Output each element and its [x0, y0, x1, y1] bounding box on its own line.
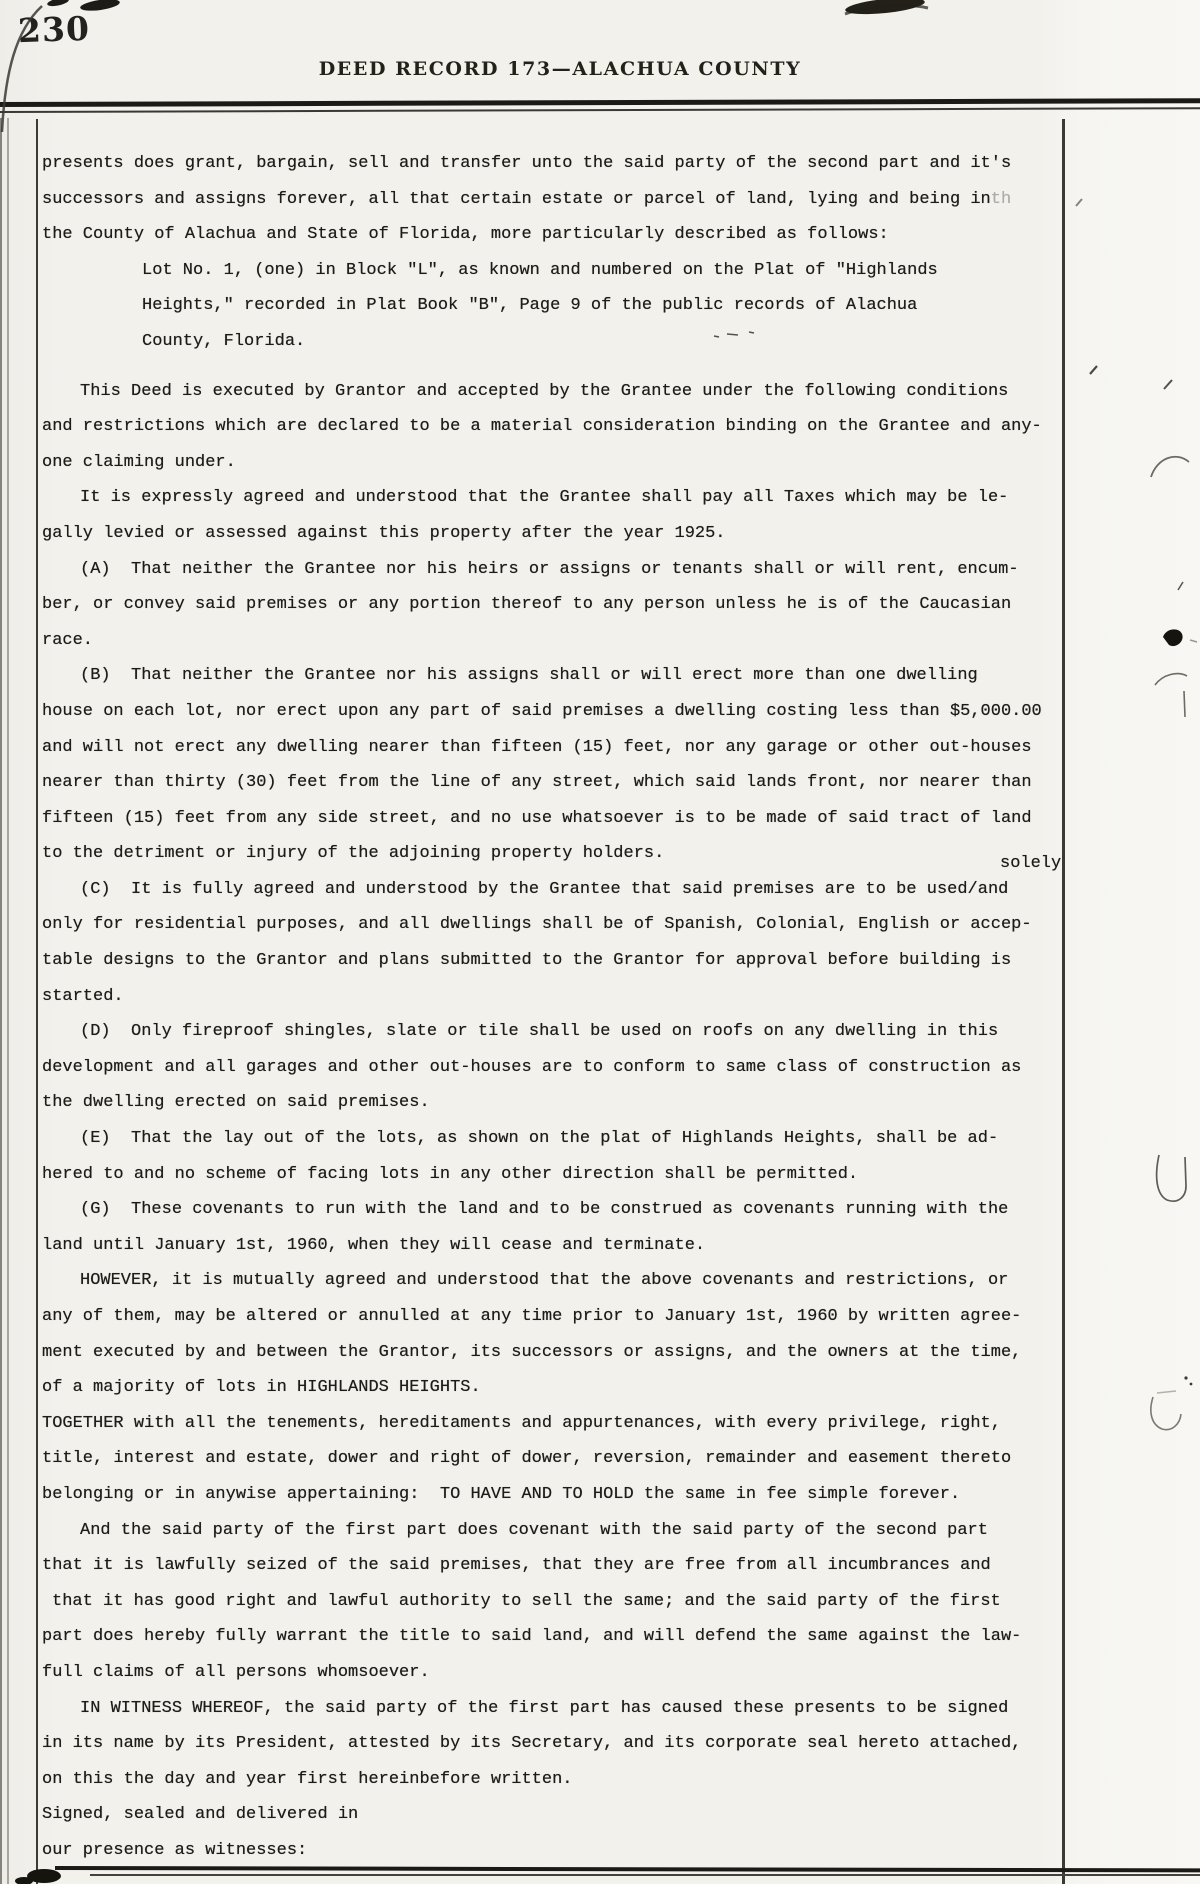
text-line: belonging or in anywise appertaining: TO…: [42, 1477, 1082, 1513]
text-line-content: that it has good right and lawful author…: [52, 1592, 1001, 1611]
page-title: DEED RECORD 173—ALACHUA COUNTY: [0, 58, 1120, 80]
text-line-content: development and all garages and other ou…: [42, 1058, 1021, 1077]
text-line: TOGETHER with all the tenements, heredit…: [42, 1406, 1082, 1442]
text-line-content: the dwelling erected on said premises.: [42, 1093, 430, 1112]
interline-insertion: solely: [1000, 855, 1061, 872]
text-line: ber, or convey said premises or any port…: [42, 587, 1082, 623]
text-line: one claiming under.: [42, 445, 1082, 481]
text-line-content: only for residential purposes, and all d…: [42, 915, 1032, 934]
text-line: of a majority of lots in HIGHLANDS HEIGH…: [42, 1370, 1082, 1406]
text-line-content: (G) These covenants to run with the land…: [80, 1200, 1008, 1219]
text-line: fifteen (15) feet from any side street, …: [42, 801, 1082, 837]
text-line: (D) Only fireproof shingles, slate or ti…: [42, 1014, 1082, 1050]
text-line: ment executed by and between the Grantor…: [42, 1335, 1082, 1371]
text-line-content: IN WITNESS WHEREOF, the said party of th…: [80, 1699, 1008, 1718]
text-line-content: part does hereby fully warrant the title…: [42, 1627, 1021, 1646]
text-line: (G) These covenants to run with the land…: [42, 1192, 1082, 1228]
text-line-content: It is expressly agreed and understood th…: [80, 488, 1008, 507]
text-line-content: TOGETHER with all the tenements, heredit…: [42, 1414, 1001, 1433]
text-line: race.: [42, 623, 1082, 659]
text-line-content: full claims of all persons whomsoever.: [42, 1663, 430, 1682]
text-line: (A) That neither the Grantee nor his hei…: [42, 552, 1082, 588]
top-rule-thick: [0, 98, 1200, 107]
text-line-content: Heights," recorded in Plat Book "B", Pag…: [142, 296, 917, 315]
text-line: nearer than thirty (30) feet from the li…: [42, 765, 1082, 801]
text-line-content: presents does grant, bargain, sell and t…: [42, 154, 1011, 173]
text-line-content: And the said party of the first part doe…: [80, 1521, 988, 1540]
text-line-content: hered to and no scheme of facing lots in…: [42, 1165, 858, 1184]
text-line: any of them, may be altered or annulled …: [42, 1299, 1082, 1335]
text-line-content: (A) That neither the Grantee nor his hei…: [80, 560, 1019, 579]
text-line-content: any of them, may be altered or annulled …: [42, 1307, 1021, 1326]
text-line-content: title, interest and estate, dower and ri…: [42, 1449, 1011, 1468]
text-line-content: started.: [42, 987, 124, 1006]
text-line: and will not erect any dwelling nearer t…: [42, 730, 1082, 766]
text-line-content: (B) That neither the Grantee nor his ass…: [80, 666, 978, 685]
text-line-content: belonging or in anywise appertaining: TO…: [42, 1485, 960, 1504]
document-lines: presents does grant, bargain, sell and t…: [42, 146, 1082, 1869]
text-line: This Deed is executed by Grantor and acc…: [42, 374, 1082, 410]
text-line-content: and will not erect any dwelling nearer t…: [42, 738, 1032, 757]
text-line-content: on this the day and year first hereinbef…: [42, 1770, 573, 1789]
text-line: our presence as witnesses:: [42, 1833, 1082, 1869]
text-line: Lot No. 1, (one) in Block "L", as known …: [42, 253, 1082, 289]
faded-text: th: [991, 190, 1011, 209]
text-line-content: HOWEVER, it is mutually agreed and under…: [80, 1271, 1008, 1290]
scanned-deed-page: 230 DEED RECORD 173—ALACHUA COUNTY prese…: [0, 0, 1200, 1884]
text-line: only for residential purposes, and all d…: [42, 907, 1082, 943]
text-line: County, Florida.: [42, 324, 1082, 360]
text-line: hered to and no scheme of facing lots in…: [42, 1157, 1082, 1193]
text-line: development and all garages and other ou…: [42, 1050, 1082, 1086]
text-line: HOWEVER, it is mutually agreed and under…: [42, 1263, 1082, 1299]
text-line: the dwelling erected on said premises.: [42, 1085, 1082, 1121]
top-rule-thin: [0, 107, 1200, 113]
text-line-content: ment executed by and between the Grantor…: [42, 1343, 1021, 1362]
page-edge-line: [7, 118, 9, 1884]
text-line: (B) That neither the Grantee nor his ass…: [42, 658, 1082, 694]
text-line: IN WITNESS WHEREOF, the said party of th…: [42, 1691, 1082, 1727]
text-line-content: table designs to the Grantor and plans s…: [42, 951, 1011, 970]
text-line: the County of Alachua and State of Flori…: [42, 217, 1082, 253]
text-line-content: Lot No. 1, (one) in Block "L", as known …: [142, 261, 938, 280]
text-line-content: fifteen (15) feet from any side street, …: [42, 809, 1032, 828]
text-line-content: nearer than thirty (30) feet from the li…: [42, 773, 1032, 792]
text-line: title, interest and estate, dower and ri…: [42, 1441, 1082, 1477]
text-line-content: This Deed is executed by Grantor and acc…: [80, 382, 1008, 401]
text-line-content: of a majority of lots in HIGHLANDS HEIGH…: [42, 1378, 481, 1397]
text-line-content: and restrictions which are declared to b…: [42, 417, 1042, 436]
text-line-content: Signed, sealed and delivered in: [42, 1805, 358, 1824]
text-line-content: to the detriment or injury of the adjoin…: [42, 844, 664, 863]
text-line: full claims of all persons whomsoever.: [42, 1655, 1082, 1691]
text-line: on this the day and year first hereinbef…: [42, 1762, 1082, 1798]
text-line: presents does grant, bargain, sell and t…: [42, 146, 1082, 182]
text-line: started.: [42, 979, 1082, 1015]
text-line-content: house on each lot, nor erect upon any pa…: [42, 702, 1042, 721]
text-line-content: the County of Alachua and State of Flori…: [42, 225, 889, 244]
page-edge-line: [0, 118, 2, 1884]
text-line-content: land until January 1st, 1960, when they …: [42, 1236, 705, 1255]
text-line: (E) That the lay out of the lots, as sho…: [42, 1121, 1082, 1157]
text-line: in its name by its President, attested b…: [42, 1726, 1082, 1762]
text-line: and restrictions which are declared to b…: [42, 409, 1082, 445]
text-line: successors and assigns forever, all that…: [42, 182, 1082, 218]
text-line: that it is lawfully seized of the said p…: [42, 1548, 1082, 1584]
text-line-content: gally levied or assessed against this pr…: [42, 524, 726, 543]
text-line-content: County, Florida.: [142, 332, 305, 351]
text-line-content: in its name by its President, attested b…: [42, 1734, 1021, 1753]
text-line: Signed, sealed and delivered in: [42, 1797, 1082, 1833]
text-line: gally levied or assessed against this pr…: [42, 516, 1082, 552]
text-line: house on each lot, nor erect upon any pa…: [42, 694, 1082, 730]
text-line: that it has good right and lawful author…: [42, 1584, 1082, 1620]
text-line: And the said party of the first part doe…: [42, 1513, 1082, 1549]
text-column-left-border: [36, 119, 38, 1884]
text-line: It is expressly agreed and understood th…: [42, 480, 1082, 516]
text-line: land until January 1st, 1960, when they …: [42, 1228, 1082, 1264]
text-line: Heights," recorded in Plat Book "B", Pag…: [42, 288, 1082, 324]
text-line-content: (D) Only fireproof shingles, slate or ti…: [80, 1022, 998, 1041]
text-line-content: one claiming under.: [42, 453, 236, 472]
text-line-content: race.: [42, 631, 93, 650]
text-line: to the detriment or injury of the adjoin…: [42, 836, 1082, 872]
text-line: (C) It is fully agreed and understood by…: [42, 872, 1082, 908]
text-line-content: ber, or convey said premises or any port…: [42, 595, 1011, 614]
text-line-content: our presence as witnesses:: [42, 1841, 307, 1860]
text-line-content: that it is lawfully seized of the said p…: [42, 1556, 991, 1575]
text-line-content: (E) That the lay out of the lots, as sho…: [80, 1129, 998, 1148]
text-line: table designs to the Grantor and plans s…: [42, 943, 1082, 979]
text-line-content: successors and assigns forever, all that…: [42, 190, 991, 209]
bottom-rule-thin: [90, 1874, 1200, 1876]
text-line-content: (C) It is fully agreed and understood by…: [80, 880, 1008, 899]
page-number: 230: [17, 9, 90, 50]
text-line: part does hereby fully warrant the title…: [42, 1619, 1082, 1655]
